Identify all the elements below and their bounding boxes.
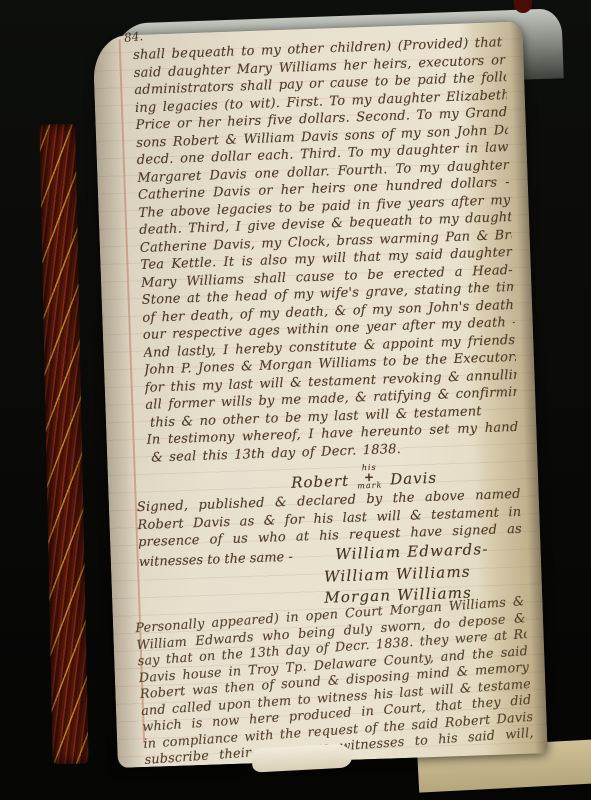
mark-label: mark: [357, 482, 382, 489]
page-number: 84.: [123, 29, 143, 45]
attestation-last-line: witnesses to the same -: [139, 549, 293, 569]
will-body: shall bequeath to my other children) (Pr…: [133, 34, 519, 467]
court-proof-clause: Personally appeared) in open Court Morga…: [135, 594, 534, 769]
testator-last-name: Davis: [390, 469, 438, 489]
manuscript-text: shall bequeath to my other children) (Pr…: [133, 34, 530, 761]
testator-first-name: Robert: [291, 472, 350, 492]
photographed-ledger-page: shall bequeath to my other children) (Pr…: [0, 0, 591, 800]
manuscript-page: shall bequeath to my other children) (Pr…: [92, 21, 547, 768]
his-mark: his + mark: [357, 465, 383, 489]
torn-page-corner: [251, 743, 352, 772]
